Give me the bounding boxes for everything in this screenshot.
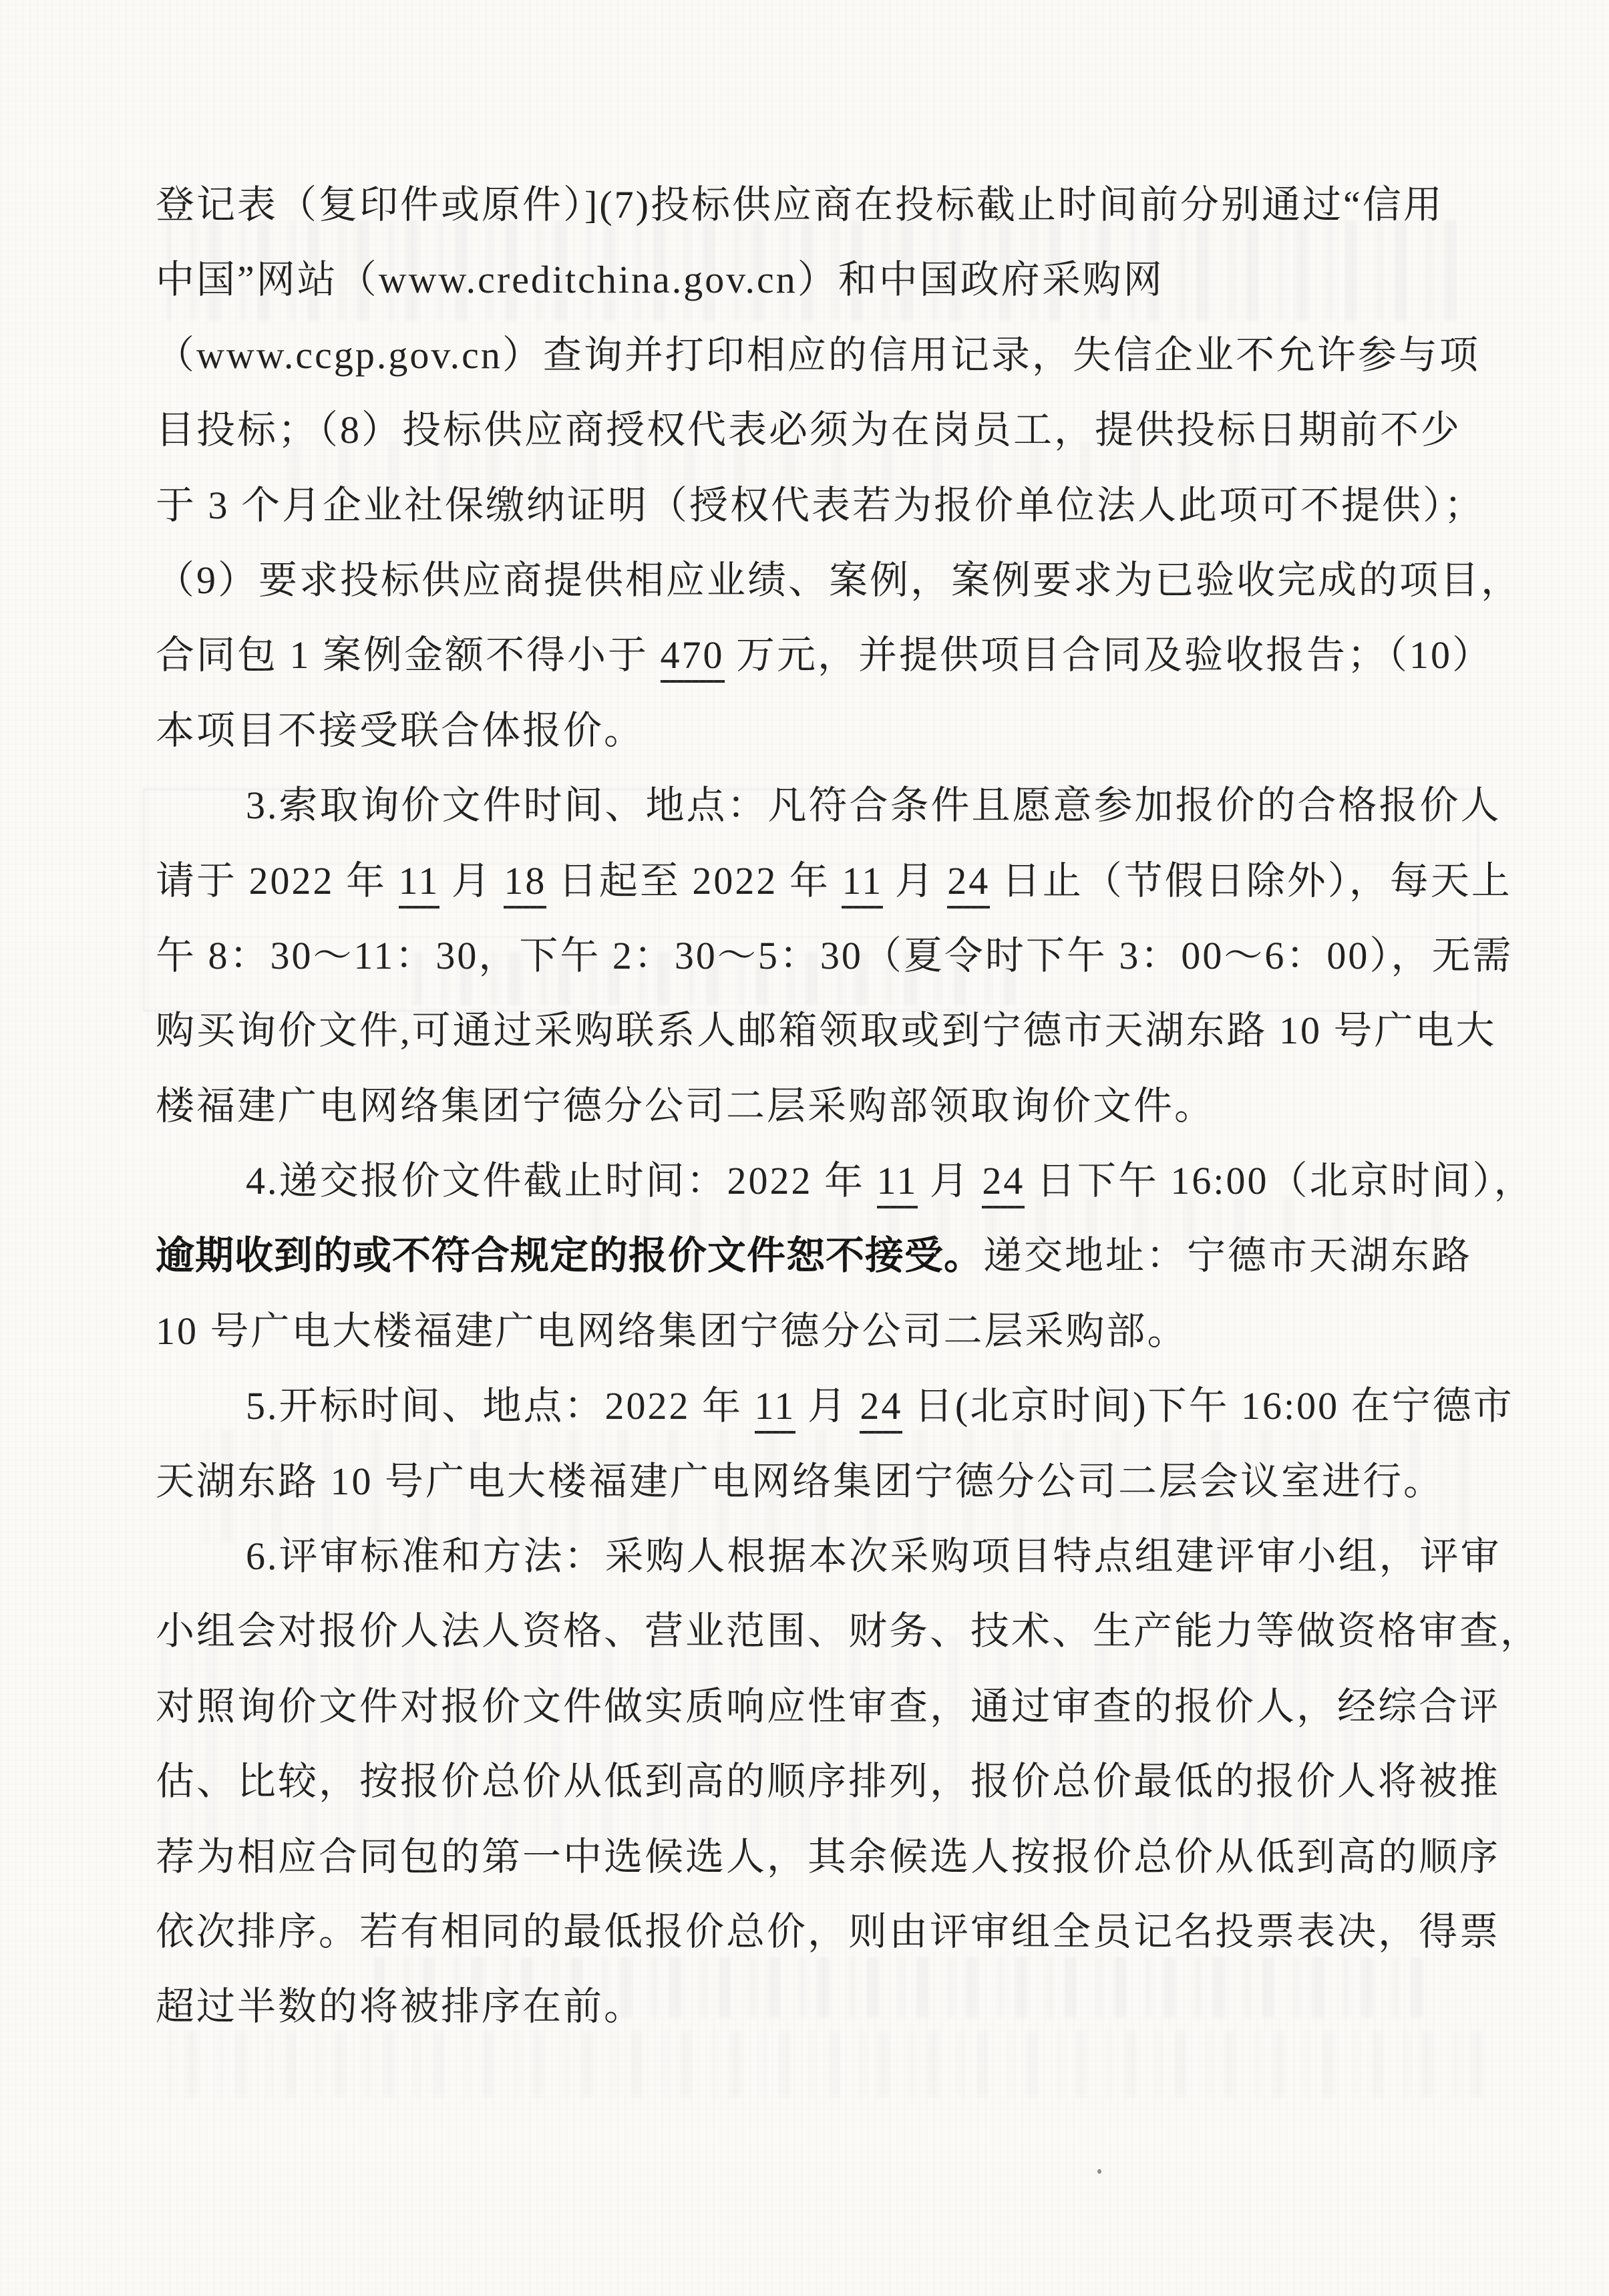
- document-text-block: 登记表（复印件或原件）](7)投标供应商在投标截止时间前分别通过“信用中国”网站…: [156, 168, 1485, 2045]
- underlined-text: 11: [399, 859, 440, 909]
- text-run: 递交地址：宁德市天湖东路: [983, 1234, 1472, 1277]
- text-run: 对照询价文件对报价文件做实质响应性审查，通过审查的报价人，经综合评: [156, 1685, 1500, 1728]
- text-run: 万元，并提供项目合同及验收报告；（10）: [725, 633, 1493, 677]
- text-run: 日起至 2022 年: [546, 859, 842, 903]
- text-line: 午 8：30～11：30，下午 2：30～5：30（夏令时下午 3：00～6：0…: [156, 919, 1485, 993]
- text-run: 月: [439, 859, 504, 903]
- text-line: 逾期收到的或不符合规定的报价文件恕不接受。递交地址：宁德市天湖东路: [156, 1218, 1485, 1293]
- text-line: （9）要求投标供应商提供相应业绩、案例，案例要求为已验收完成的项目，: [156, 543, 1485, 618]
- text-line: 合同包 1 案例金额不得小于 470 万元，并提供项目合同及验收报告；（10）: [156, 618, 1485, 693]
- text-run: 合同包 1 案例金额不得小于: [156, 633, 661, 677]
- text-run: （www.ccgp.gov.cn）查询并打印相应的信用记录，失信企业不允许参与项: [156, 333, 1480, 377]
- text-run: 6.评审标准和方法：采购人根据本次采购项目特点组建评审小组，评审: [246, 1534, 1501, 1578]
- text-line: 请于 2022 年 11 月 18 日起至 2022 年 11 月 24 日止（…: [156, 844, 1485, 919]
- text-line: 对照询价文件对报价文件做实质响应性审查，通过审查的报价人，经综合评: [156, 1669, 1485, 1744]
- text-run: 月: [918, 1159, 982, 1202]
- text-line: 登记表（复印件或原件）](7)投标供应商在投标截止时间前分别通过“信用: [156, 168, 1485, 242]
- text-run: 5.开标时间、地点：2022 年: [246, 1384, 755, 1428]
- text-run: 日止（节假日除外），每天上: [990, 859, 1512, 903]
- text-line: 10 号广电大楼福建广电网络集团宁德分公司二层采购部。: [156, 1294, 1485, 1369]
- text-run: 10 号广电大楼福建广电网络集团宁德分公司二层采购部。: [156, 1309, 1188, 1353]
- text-line: 于 3 个月企业社保缴纳证明（授权代表若为报价单位法人此项可不提供）；: [156, 468, 1485, 543]
- text-run: 楼福建广电网络集团宁德分公司二层采购部领取询价文件。: [156, 1084, 1215, 1128]
- text-run: 目投标；（8）投标供应商授权代表必须为在岗员工，提供投标日期前不少: [156, 408, 1461, 452]
- text-run: 中国”网站（www.creditchina.gov.cn）和中国政府采购网: [156, 258, 1164, 301]
- text-line: （www.ccgp.gov.cn）查询并打印相应的信用记录，失信企业不允许参与项: [156, 318, 1485, 393]
- underlined-text: 24: [947, 859, 990, 909]
- text-line: 购买询价文件,可通过采购联系人邮箱领取或到宁德市天湖东路 10 号广电大: [156, 993, 1485, 1068]
- text-line: 5.开标时间、地点：2022 年 11 月 24 日(北京时间)下午 16:00…: [156, 1369, 1485, 1444]
- underlined-text: 470: [661, 633, 725, 683]
- text-run: （9）要求投标供应商提供相应业绩、案例，案例要求为已验收完成的项目，: [156, 558, 1522, 602]
- bold-text: 逾期收到的或不符合规定的报价文件恕不接受。: [156, 1234, 983, 1277]
- text-run: 请于 2022 年: [156, 859, 399, 903]
- text-run: 荐为相应合同包的第一中选候选人，其余候选人按报价总价从低到高的顺序: [156, 1835, 1500, 1878]
- ink-speck: [1097, 2169, 1101, 2174]
- text-line: 楼福建广电网络集团宁德分公司二层采购部领取询价文件。: [156, 1069, 1485, 1144]
- text-line: 6.评审标准和方法：采购人根据本次采购项目特点组建评审小组，评审: [156, 1519, 1485, 1594]
- text-run: 日(北京时间)下午 16:00 在宁德市: [902, 1384, 1513, 1428]
- text-run: 登记表（复印件或原件）](7)投标供应商在投标截止时间前分别通过“信用: [156, 183, 1444, 226]
- text-run: 3.索取询价文件时间、地点：凡符合条件且愿意参加报价的合格报价人: [246, 784, 1501, 827]
- text-line: 4.递交报价文件截止时间：2022 年 11 月 24 日下午 16:00（北京…: [156, 1144, 1485, 1218]
- text-run: 4.递交报价文件截止时间：2022 年: [246, 1159, 877, 1202]
- underlined-text: 24: [982, 1159, 1025, 1208]
- text-run: 小组会对报价人法人资格、营业范围、财务、技术、生产能力等做资格审查，: [156, 1609, 1541, 1653]
- text-line: 中国”网站（www.creditchina.gov.cn）和中国政府采购网: [156, 242, 1485, 317]
- text-line: 目投标；（8）投标供应商授权代表必须为在岗员工，提供投标日期前不少: [156, 393, 1485, 468]
- text-run: 估、比较，按报价总价从低到高的顺序排列，报价总价最低的报价人将被推: [156, 1760, 1500, 1803]
- text-run: 日下午 16:00（北京时间），: [1025, 1159, 1534, 1202]
- text-run: 天湖东路 10 号广电大楼福建广电网络集团宁德分公司二层会议室进行。: [156, 1460, 1444, 1503]
- text-line: 3.索取询价文件时间、地点：凡符合条件且愿意参加报价的合格报价人: [156, 768, 1485, 843]
- text-line: 荐为相应合同包的第一中选候选人，其余候选人按报价总价从低到高的顺序: [156, 1820, 1485, 1895]
- text-run: 于 3 个月企业社保缴纳证明（授权代表若为报价单位法人此项可不提供）；: [156, 484, 1485, 527]
- text-line: 超过半数的将被排序在前。: [156, 1969, 1485, 2044]
- underlined-text: 11: [877, 1159, 918, 1208]
- text-run: 午 8：30～11：30，下午 2：30～5：30（夏令时下午 3：00～6：0…: [156, 934, 1513, 977]
- text-line: 依次排序。若有相同的最低报价总价，则由评审组全员记名投票表决，得票: [156, 1895, 1485, 1969]
- underlined-text: 11: [842, 859, 883, 909]
- text-run: 超过半数的将被排序在前。: [156, 1985, 645, 2028]
- text-run: 月: [795, 1384, 860, 1428]
- text-run: 依次排序。若有相同的最低报价总价，则由评审组全员记名投票表决，得票: [156, 1910, 1500, 1953]
- text-line: 估、比较，按报价总价从低到高的顺序排列，报价总价最低的报价人将被推: [156, 1744, 1485, 1819]
- text-line: 天湖东路 10 号广电大楼福建广电网络集团宁德分公司二层会议室进行。: [156, 1444, 1485, 1519]
- scanned-page: 登记表（复印件或原件）](7)投标供应商在投标截止时间前分别通过“信用中国”网站…: [0, 0, 1609, 2296]
- underlined-text: 11: [755, 1384, 796, 1434]
- text-line: 小组会对报价人法人资格、营业范围、财务、技术、生产能力等做资格审查，: [156, 1594, 1485, 1669]
- text-run: 月: [883, 859, 947, 903]
- text-run: 购买询价文件,可通过采购联系人邮箱领取或到宁德市天湖东路 10 号广电大: [156, 1009, 1497, 1052]
- text-line: 本项目不接受联合体报价。: [156, 693, 1485, 768]
- underlined-text: 24: [860, 1384, 902, 1434]
- underlined-text: 18: [504, 859, 546, 909]
- text-run: 本项目不接受联合体报价。: [156, 709, 645, 752]
